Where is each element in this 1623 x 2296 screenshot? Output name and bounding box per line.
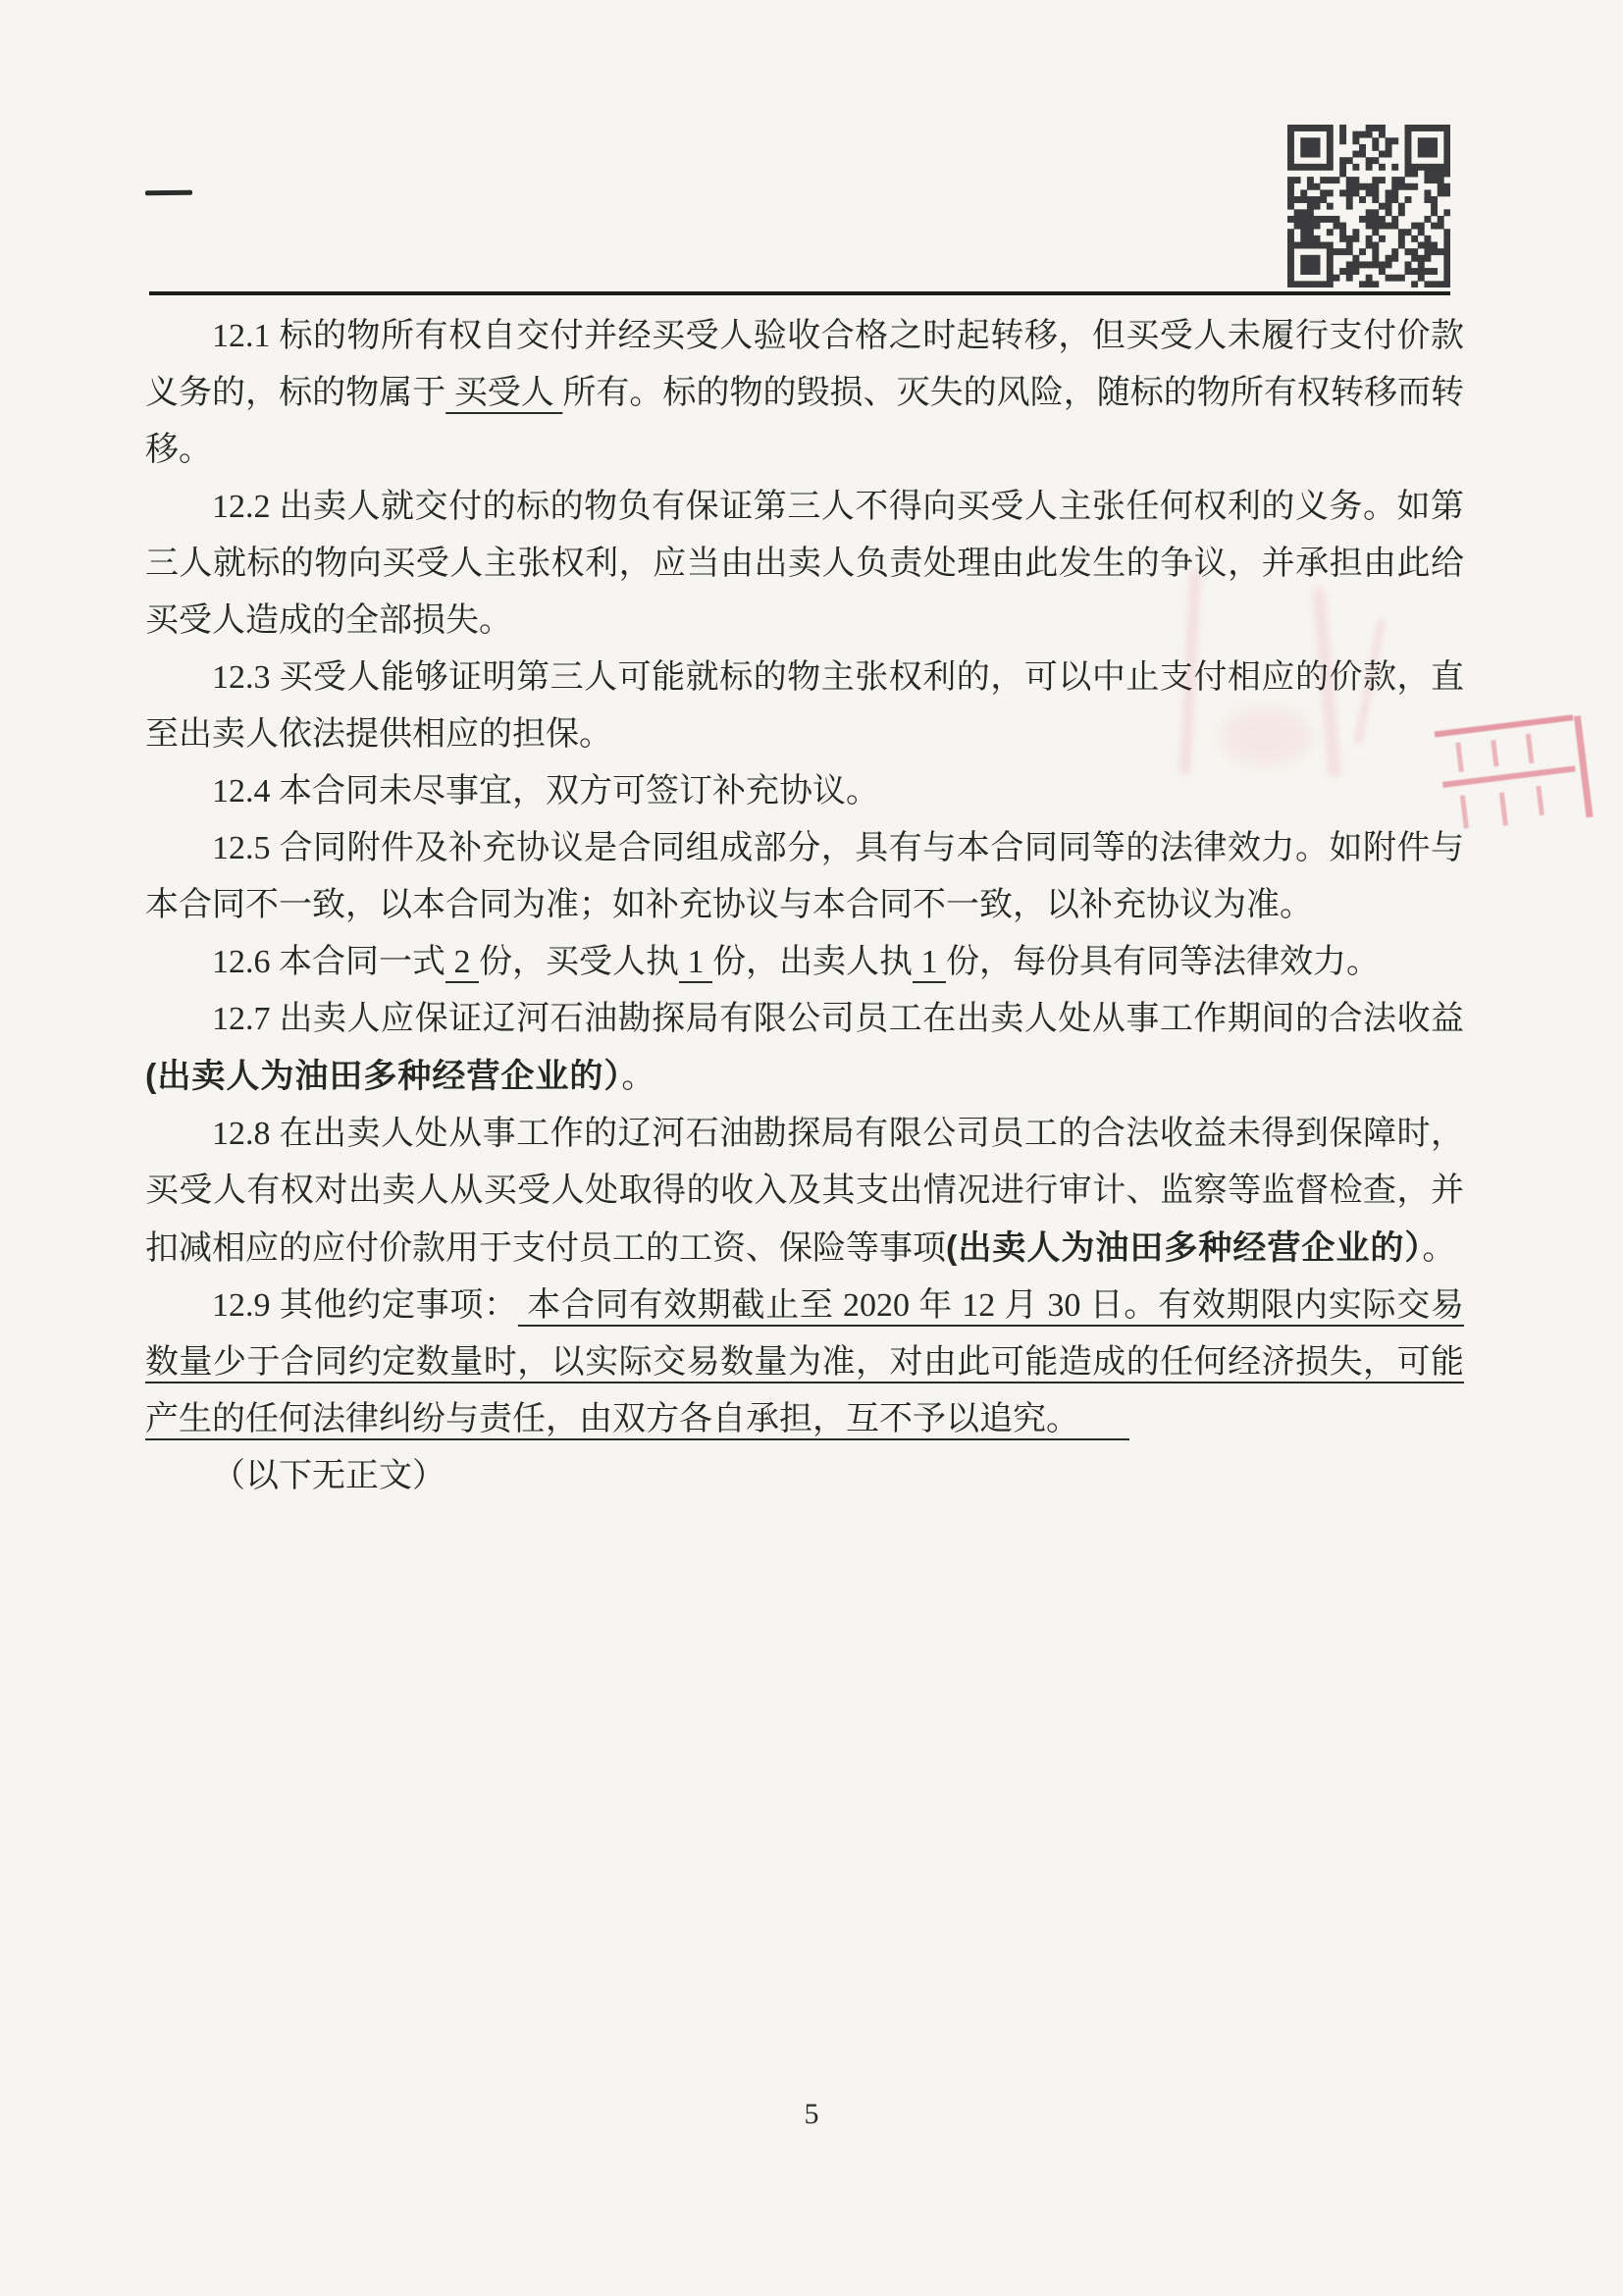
scan-artifact bbox=[145, 190, 192, 195]
clause-text: 份，出卖人执 bbox=[712, 944, 913, 980]
qr-code bbox=[1287, 125, 1450, 293]
clause-12-8: 12.8 在出卖人处从事工作的辽河石油勘探局有限公司员工的合法收益未得到保障时，… bbox=[145, 1106, 1464, 1278]
clause-text: 12.2 出卖人就交付的标的物负有保证第三人不得向买受人主张任何权利的义务。如第… bbox=[145, 489, 1464, 639]
underlined-value: 1 bbox=[913, 944, 946, 980]
stamp-mark bbox=[1491, 740, 1498, 766]
clause-text: 12.4 本合同未尽事宜，双方可签订补充协议。 bbox=[212, 773, 879, 809]
clause-text: 12.5 合同附件及补充协议是合同组成部分，具有与本合同同等的法律效力。如附件与… bbox=[145, 830, 1464, 923]
clause-12-6: 12.6 本合同一式 2 份，买受人执 1 份，出卖人执 1 份，每份具有同等法… bbox=[145, 934, 1464, 991]
clause-text: 。 bbox=[621, 1059, 654, 1095]
underlined-value: 1 bbox=[679, 944, 712, 980]
stamp-border-line bbox=[1574, 715, 1594, 817]
stamp-mark bbox=[1526, 734, 1535, 763]
clause-12-3: 12.3 买受人能够证明第三人可能就标的物主张权利的，可以中止支付相应的价款，直… bbox=[145, 650, 1464, 763]
stamp-mark bbox=[1499, 792, 1508, 825]
contract-scan-page: 12.1 标的物所有权自交付并经买受人验收合格之时起转移，但买受人未履行支付价款… bbox=[0, 0, 1623, 2296]
clause-12-5: 12.5 合同附件及补充协议是合同组成部分，具有与本合同同等的法律效力。如附件与… bbox=[145, 820, 1464, 934]
clause-text: 。 bbox=[1422, 1230, 1455, 1267]
clause-text: 12.7 出卖人应保证辽河石油勘探局有限公司员工在出卖人处从事工作期间的合法收益 bbox=[212, 1001, 1464, 1037]
clause-text: （以下无正文） bbox=[212, 1458, 445, 1494]
clause-12-7: 12.7 出卖人应保证辽河石油勘探局有限公司员工在出卖人处从事工作期间的合法收益… bbox=[145, 991, 1464, 1106]
clause-text: 份，买受人执 bbox=[479, 944, 679, 980]
header-rule bbox=[149, 291, 1450, 295]
clause-text: 12.6 本合同一式 bbox=[212, 944, 445, 980]
clause-text: 12.3 买受人能够证明第三人可能就标的物主张权利的，可以中止支付相应的价款，直… bbox=[145, 659, 1464, 753]
clause-text: 份，每份具有同等法律效力。 bbox=[946, 944, 1380, 980]
clause-12-2: 12.2 出卖人就交付的标的物负有保证第三人不得向买受人主张任何权利的义务。如第… bbox=[145, 479, 1464, 650]
page-number: 5 bbox=[0, 2098, 1623, 2131]
closing-note: （以下无正文） bbox=[145, 1448, 1464, 1505]
clause-12-1: 12.1 标的物所有权自交付并经买受人验收合格之时起转移，但买受人未履行支付价款… bbox=[145, 308, 1464, 479]
bold-note: (出卖人为油田多种经营企业的） bbox=[946, 1229, 1422, 1267]
bold-note: (出卖人为油田多种经营企业的） bbox=[145, 1058, 621, 1095]
underlined-value: 2 bbox=[445, 944, 479, 980]
underlined-value: 买受人 bbox=[445, 375, 562, 411]
clause-text: 12.9 其他约定事项： bbox=[212, 1287, 518, 1324]
contract-body: 12.1 标的物所有权自交付并经买受人验收合格之时起转移，但买受人未履行支付价款… bbox=[145, 308, 1464, 1505]
clause-12-4: 12.4 本合同未尽事宜，双方可签订补充协议。 bbox=[145, 763, 1464, 820]
stamp-mark bbox=[1536, 786, 1544, 815]
clause-12-9: 12.9 其他约定事项： 本合同有效期截止至 2020 年 12 月 30 日。… bbox=[145, 1278, 1464, 1448]
